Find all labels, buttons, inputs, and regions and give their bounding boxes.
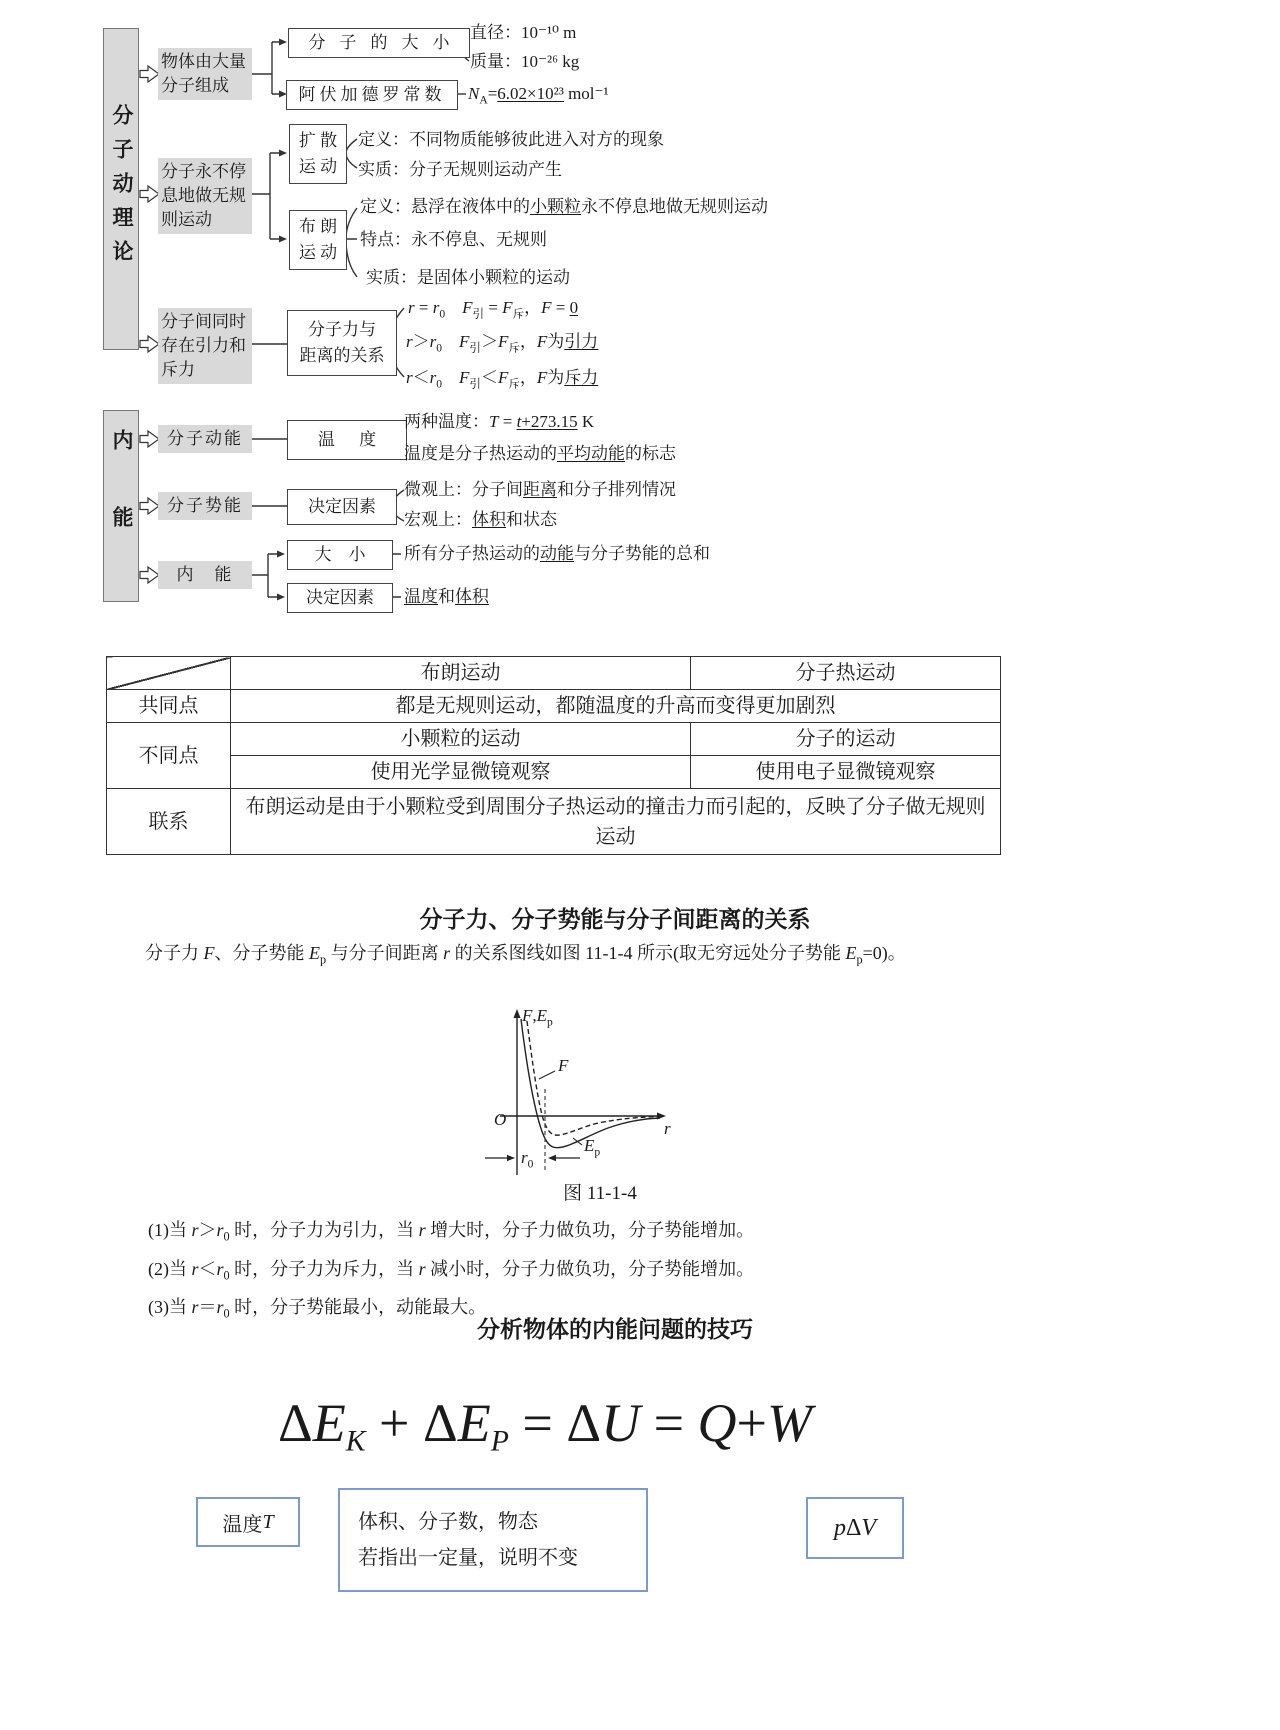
figure-caption: 图 11-1-4	[480, 1178, 720, 1205]
detail-micro-view: 微观上：分子间距离和分子排列情况	[404, 478, 676, 502]
diff-cell-brownian-1: 小颗粒的运动	[231, 723, 691, 756]
node-determining-factors-2: 决定因素	[287, 583, 393, 613]
detail-diameter: 直径：10⁻¹⁰ m	[470, 21, 576, 45]
callout-volume-line2: 若指出一定量，说明不变	[340, 1540, 646, 1576]
node-magnitude: 大 小	[287, 540, 393, 570]
node-line: 扩 散	[299, 128, 337, 154]
block-arrow-icon	[140, 336, 159, 352]
detail-macro-view: 宏观上：体积和状态	[404, 508, 557, 532]
callout-temperature: 温度 T	[196, 1497, 300, 1547]
node-line: 运 动	[299, 240, 337, 266]
node-force-distance-relation: 分子力与 距离的关系	[287, 310, 397, 376]
detail-mass: 质量：10⁻²⁶ kg	[470, 50, 579, 74]
detail-temperature-meaning: 温度是分子热运动的平均动能的标志	[404, 442, 676, 466]
map-root-internal-energy: 内能	[103, 410, 139, 602]
col-header-brownian: 布朗运动	[231, 657, 691, 690]
node-molecule-size: 分子的大小	[288, 28, 470, 58]
f-curve	[527, 1021, 658, 1135]
detail-brownian-definition: 定义：悬浮在液体中的小颗粒永不停息地做无规则运动	[360, 195, 768, 219]
diagonal-header-cell	[107, 657, 231, 690]
branch-label-forces: 分子间同时存在引力和斥力	[158, 308, 252, 384]
item-2: (2)当 r＜r0 时，分子力为斥力，当 r 减小时，分子力做负功，分子势能增加…	[148, 1253, 1108, 1292]
detail-force-repulsion: r＜r0 F引＜F斥，F为斥力	[406, 366, 598, 396]
col-header-thermal: 分子热运动	[691, 657, 1001, 690]
table-row: 共同点 都是无规则运动，都随温度的升高而变得更加剧烈	[107, 690, 1001, 723]
branch-arrow-icons	[140, 66, 159, 583]
detail-diffusion-definition: 定义：不同物质能够彼此进入对方的现象	[358, 128, 664, 152]
figure-f-curve-label: F	[558, 1056, 568, 1076]
node-temperature: 温 度	[287, 420, 407, 460]
detail-brownian-features: 特点：永不停息、无规则	[360, 228, 547, 252]
branch-label-perpetual-motion: 分子永不停息地做无规则运动	[158, 158, 252, 234]
node-line: 分子力与	[308, 317, 376, 343]
branch-label-molecular-potential-energy: 分子势能	[158, 492, 252, 520]
callout-pdv: pΔV	[806, 1497, 904, 1559]
table-row: 使用光学显微镜观察 使用电子显微镜观察	[107, 756, 1001, 789]
figure-ep-curve-label: Ep	[584, 1136, 600, 1158]
row-label-relation: 联系	[107, 789, 231, 855]
ep-curve	[521, 1019, 660, 1148]
row-label-difference: 不同点	[107, 723, 231, 789]
root-label: 分子动理论	[106, 104, 136, 274]
figure-origin-label: O	[494, 1110, 506, 1130]
ep-label-leader	[573, 1138, 582, 1145]
detail-avogadro-value: NA=6.02×10²³ mol⁻¹	[468, 82, 609, 112]
block-arrow-icon	[140, 567, 159, 583]
detail-temperature-volume: 温度和体积	[404, 585, 489, 609]
diff-cell-thermal-2: 使用电子显微镜观察	[691, 756, 1001, 789]
node-line: 运 动	[299, 154, 337, 180]
section2-heading: 分析物体的内能问题的技巧	[0, 1311, 1230, 1344]
figure-r0-label: r0	[521, 1148, 533, 1170]
block-arrow-icon	[140, 431, 159, 447]
relation-text-cell: 布朗运动是由于小颗粒受到周围分子热运动的撞击力而引起的，反映了分子做无规则运动	[231, 789, 1001, 855]
node-determining-factors: 决定因素	[287, 489, 397, 525]
node-diffusion: 扩 散 运 动	[289, 124, 347, 184]
row-label-common: 共同点	[107, 690, 231, 723]
table-row: 布朗运动 分子热运动	[107, 657, 1001, 690]
diff-cell-brownian-2: 使用光学显微镜观察	[231, 756, 691, 789]
detail-force-attraction: r＞r0 F引＞F斥，F为引力	[406, 330, 598, 360]
block-arrow-icon	[140, 186, 159, 202]
callout-volume: 体积、分子数，物态 若指出一定量，说明不变	[338, 1488, 648, 1592]
detail-internal-energy-sum: 所有分子热运动的动能与分子势能的总和	[404, 542, 710, 566]
branch-label-internal-energy: 内 能	[158, 561, 252, 589]
branch-label-composition: 物体由大量分子组成	[158, 48, 252, 100]
detail-diffusion-essence: 实质：分子无规则运动产生	[358, 158, 562, 182]
node-brownian-motion: 布 朗 运 动	[289, 210, 347, 270]
block-arrow-icon	[140, 66, 159, 82]
section1-paragraph: 分子力 F、分子势能 Ep 与分子间距离 r 的关系图线如图 11-1-4 所示…	[88, 938, 1020, 976]
diff-cell-thermal-1: 分子的运动	[691, 723, 1001, 756]
node-line: 布 朗	[299, 214, 337, 240]
item-1: (1)当 r＞r0 时，分子力为引力，当 r 增大时，分子力做负功，分子势能增加…	[148, 1214, 1108, 1253]
figure-canvas	[460, 1005, 700, 1180]
detail-brownian-essence: 实质：是固体小颗粒的运动	[366, 266, 570, 290]
branch-label-molecular-kinetic-energy: 分子动能	[158, 425, 252, 453]
connector-arrowheads	[277, 39, 287, 601]
energy-formula: ΔEK + ΔEP = ΔU = Q+W	[0, 1392, 1090, 1459]
table-row: 联系 布朗运动是由于小颗粒受到周围分子热运动的撞击力而引起的，反映了分子做无规则…	[107, 789, 1001, 855]
common-text-cell: 都是无规则运动，都随温度的升高而变得更加剧烈	[231, 690, 1001, 723]
comparison-table: 布朗运动 分子热运动 共同点 都是无规则运动，都随温度的升高而变得更加剧烈 不同…	[106, 656, 1001, 855]
concept-map: 分子动理论 内能 物体由大量分子组成 分子永不停息地做无规则运动 分子间同时存在…	[0, 0, 1060, 625]
map-root-molecular-kinetic-theory: 分子动理论	[103, 28, 139, 350]
document-page: 分子动理论 内能 物体由大量分子组成 分子永不停息地做无规则运动 分子间同时存在…	[0, 0, 1280, 1730]
figure-xlabel: r	[664, 1119, 671, 1139]
detail-two-temperatures: 两种温度：T = t+273.15 K	[404, 410, 594, 434]
node-avogadro-constant: 阿伏加德罗常数	[286, 80, 458, 110]
table-row: 不同点 小颗粒的运动 分子的运动	[107, 723, 1001, 756]
figure-ylabel: F,Ep	[522, 1006, 553, 1028]
root-label: 内能	[106, 429, 136, 583]
node-line: 距离的关系	[300, 343, 385, 369]
detail-force-equal: r = r0 F引 = F斥，F = 0	[408, 296, 578, 326]
block-arrow-icon	[140, 498, 159, 514]
f-label-leader	[539, 1071, 555, 1079]
callout-volume-line1: 体积、分子数，物态	[340, 1490, 646, 1540]
section1-heading: 分子力、分子势能与分子间距离的关系	[0, 901, 1230, 934]
